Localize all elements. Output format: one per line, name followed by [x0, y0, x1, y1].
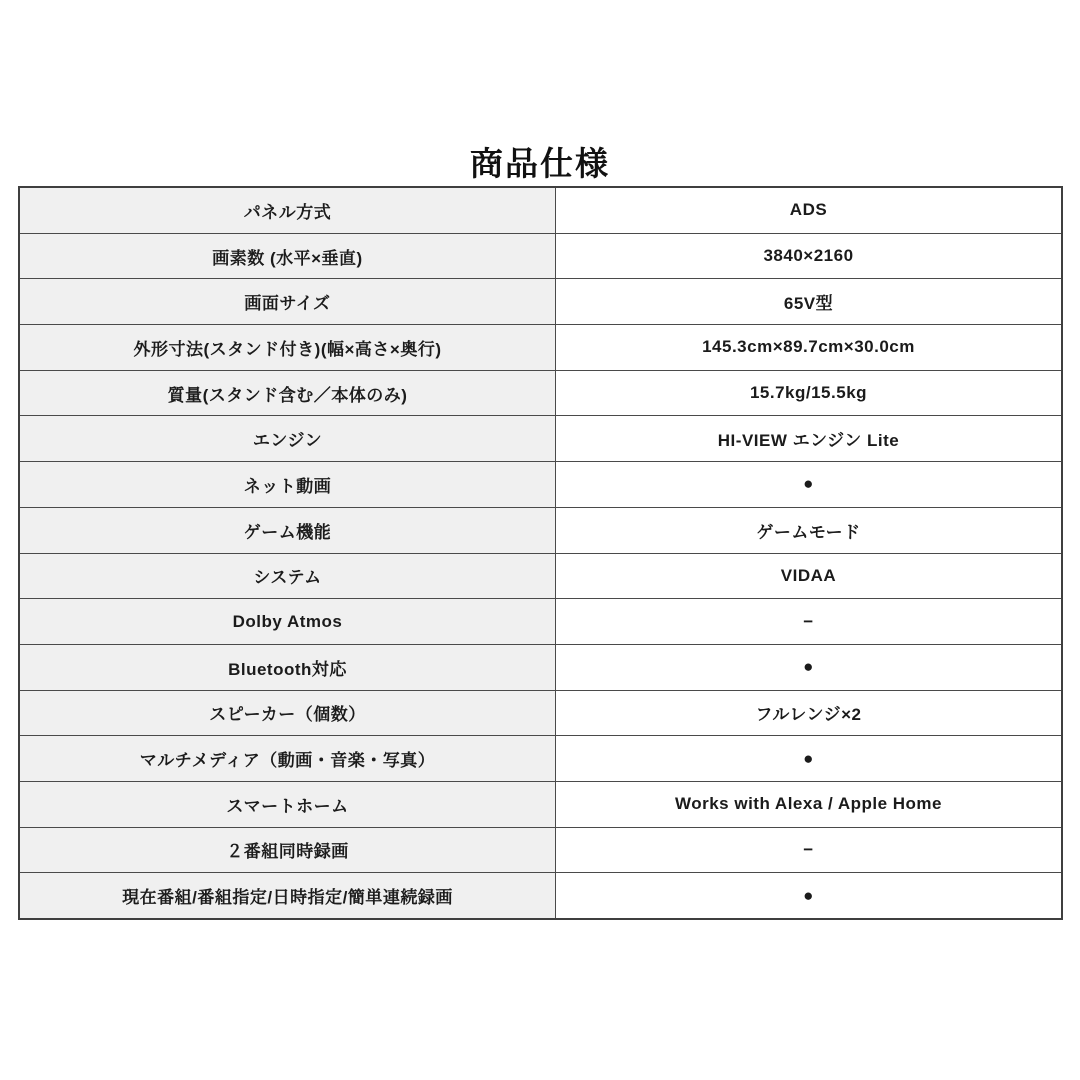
spec-label: パネル方式 — [19, 187, 556, 233]
spec-table: パネル方式 ADS 画素数 (水平×垂直) 3840×2160 画面サイズ 65… — [18, 186, 1063, 920]
spec-value: ● — [556, 644, 1063, 690]
table-row: 現在番組/番組指定/日時指定/簡単連続録画 ● — [19, 873, 1062, 919]
spec-table-body: パネル方式 ADS 画素数 (水平×垂直) 3840×2160 画面サイズ 65… — [19, 187, 1062, 919]
spec-value: ● — [556, 462, 1063, 508]
table-row: Dolby Atmos − — [19, 599, 1062, 645]
spec-value: VIDAA — [556, 553, 1063, 599]
table-row: Bluetooth対応 ● — [19, 644, 1062, 690]
spec-value: フルレンジ×2 — [556, 690, 1063, 736]
spec-label: ネット動画 — [19, 462, 556, 508]
spec-label: Bluetooth対応 — [19, 644, 556, 690]
table-row: システム VIDAA — [19, 553, 1062, 599]
spec-label: ゲーム機能 — [19, 507, 556, 553]
spec-value: 65V型 — [556, 279, 1063, 325]
spec-label: エンジン — [19, 416, 556, 462]
spec-label: システム — [19, 553, 556, 599]
spec-value: Works with Alexa / Apple Home — [556, 781, 1063, 827]
spec-value: ゲームモード — [556, 507, 1063, 553]
table-row: 画素数 (水平×垂直) 3840×2160 — [19, 233, 1062, 279]
table-row: エンジン HI-VIEW エンジン Lite — [19, 416, 1062, 462]
spec-value: 145.3cm×89.7cm×30.0cm — [556, 325, 1063, 371]
table-row: ネット動画 ● — [19, 462, 1062, 508]
spec-value: ● — [556, 736, 1063, 782]
table-row: ２番組同時録画 − — [19, 827, 1062, 873]
table-row: スピーカー（個数） フルレンジ×2 — [19, 690, 1062, 736]
table-row: 外形寸法(スタンド付き)(幅×高さ×奥行) 145.3cm×89.7cm×30.… — [19, 325, 1062, 371]
spec-value: ADS — [556, 187, 1063, 233]
page-title: 商品仕様 — [0, 138, 1080, 185]
spec-label: Dolby Atmos — [19, 599, 556, 645]
spec-label: マルチメディア（動画・音楽・写真） — [19, 736, 556, 782]
spec-label: 画素数 (水平×垂直) — [19, 233, 556, 279]
spec-value: − — [556, 599, 1063, 645]
table-row: ゲーム機能 ゲームモード — [19, 507, 1062, 553]
spec-value: HI-VIEW エンジン Lite — [556, 416, 1063, 462]
table-row: パネル方式 ADS — [19, 187, 1062, 233]
spec-label: 現在番組/番組指定/日時指定/簡単連続録画 — [19, 873, 556, 919]
table-row: 質量(スタンド含む／本体のみ) 15.7kg/15.5kg — [19, 370, 1062, 416]
spec-label: 質量(スタンド含む／本体のみ) — [19, 370, 556, 416]
spec-value: − — [556, 827, 1063, 873]
spec-label: 外形寸法(スタンド付き)(幅×高さ×奥行) — [19, 325, 556, 371]
table-row: 画面サイズ 65V型 — [19, 279, 1062, 325]
spec-label: スマートホーム — [19, 781, 556, 827]
table-row: マルチメディア（動画・音楽・写真） ● — [19, 736, 1062, 782]
spec-value: 15.7kg/15.5kg — [556, 370, 1063, 416]
spec-label: ２番組同時録画 — [19, 827, 556, 873]
spec-label: スピーカー（個数） — [19, 690, 556, 736]
spec-label: 画面サイズ — [19, 279, 556, 325]
spec-value: 3840×2160 — [556, 233, 1063, 279]
table-row: スマートホーム Works with Alexa / Apple Home — [19, 781, 1062, 827]
spec-value: ● — [556, 873, 1063, 919]
